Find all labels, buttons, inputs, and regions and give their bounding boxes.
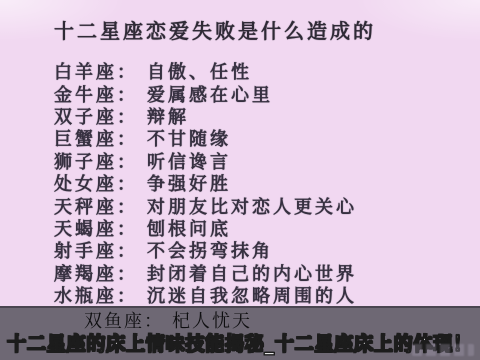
zodiac-row-aries: 白羊座：自傲、任性 [54,60,357,82]
zodiac-image-page: 十二星座恋爱失败是什么造成的 白羊座：自傲、任性 金牛座：爱属感在心里 双子座：… [0,0,480,360]
zodiac-row-gemini: 双子座：辩解 [54,105,357,127]
zodiac-row-capricorn: 摩羯座：封闭着自己的内心世界 [54,262,357,284]
bottom-caption-text: 十二星座的床上情味技能揭秘_十二星座床上的体现！ [0,329,480,356]
zodiac-row-taurus: 金牛座：爱属感在心里 [54,82,357,104]
zodiac-row-sagittarius: 射手座：不会拐弯抹角 [54,239,357,261]
zodiac-list: 白羊座：自傲、任性 金牛座：爱属感在心里 双子座：辩解 巨蟹座：不甘随缘 狮子座… [54,60,357,306]
watermark [412,344,474,356]
zodiac-row-libra: 天秤座：对朋友比对恋人更关心 [54,194,357,216]
page-title: 十二星座恋爱失败是什么造成的 [54,15,376,44]
zodiac-row-leo: 狮子座：听信谗言 [54,150,357,172]
zodiac-row-cancer: 巨蟹座：不甘随缘 [54,127,357,149]
zodiac-sign-label: 水瓶座 [54,282,117,308]
zodiac-row-scorpio: 天蝎座：刨根问底 [54,217,357,239]
zodiac-reason-text: 沉迷自我忽略周围的人 [147,282,357,308]
zodiac-row-virgo: 处女座：争强好胜 [54,172,357,194]
zodiac-row-aquarius: 水瓶座：沉迷自我忽略周围的人 [54,284,357,306]
colon-separator: ： [117,282,138,308]
